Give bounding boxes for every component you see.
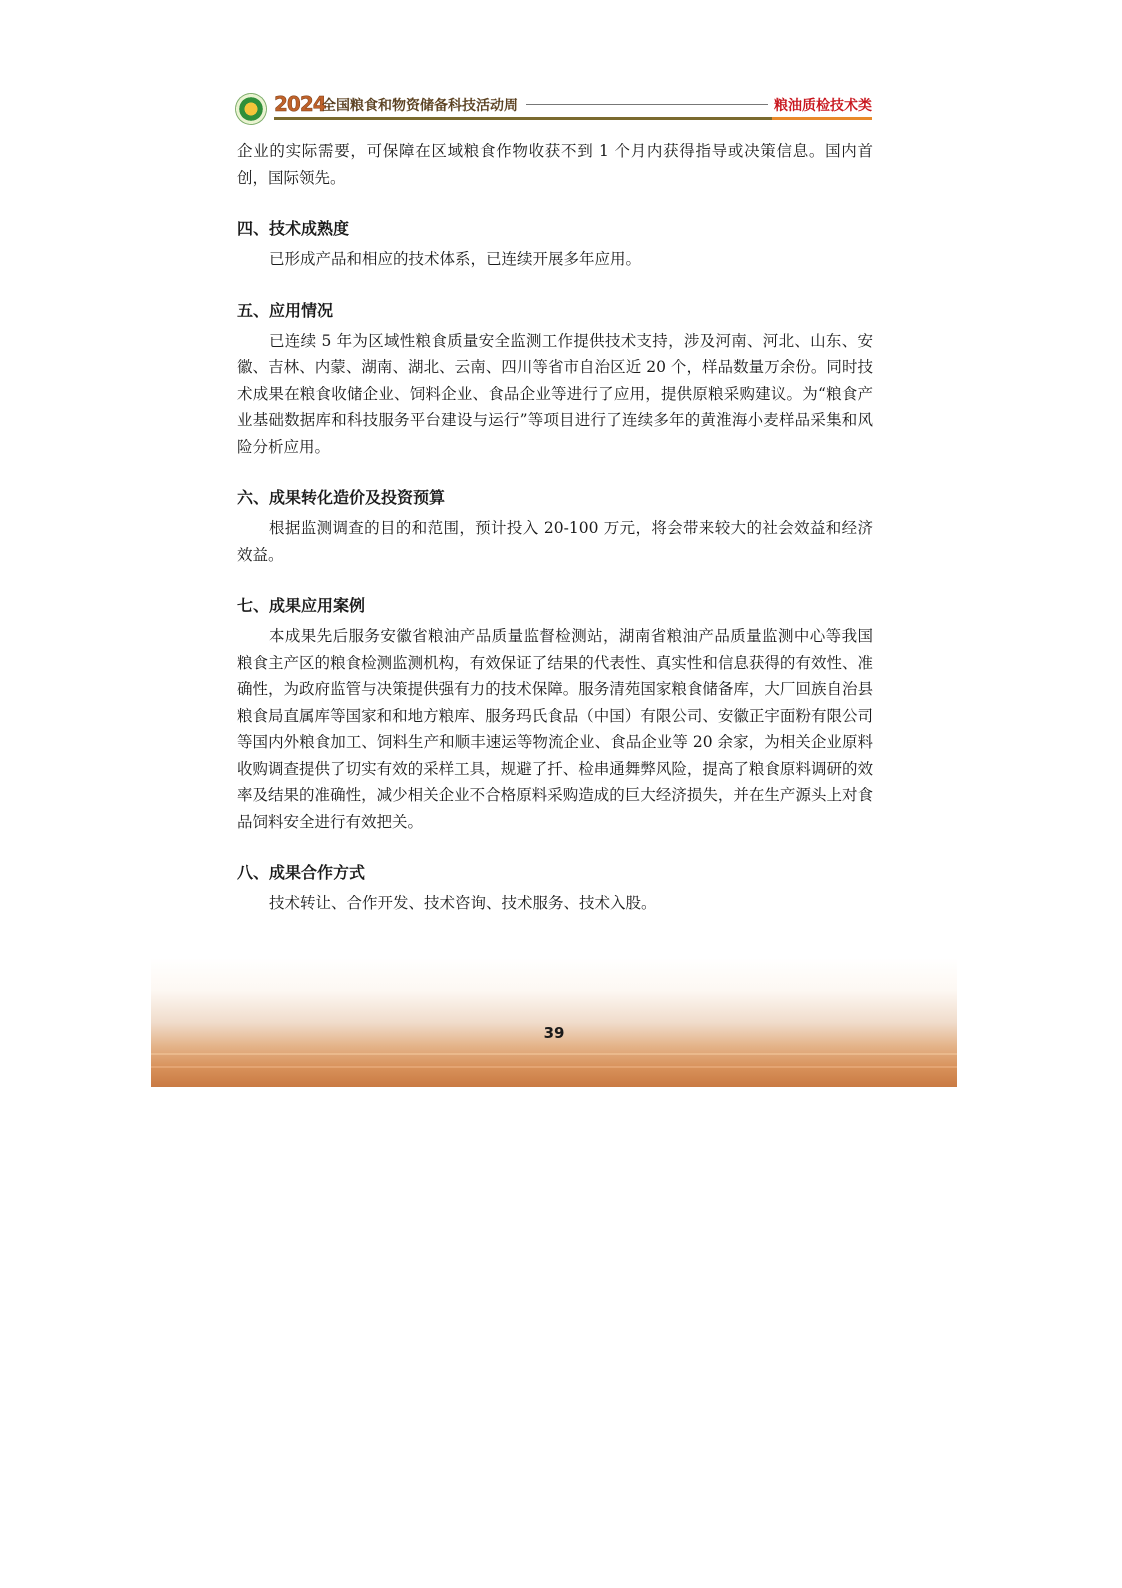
section-heading: 五、应用情况 [237, 298, 873, 324]
grain-emblem-icon [236, 94, 266, 124]
paragraph: 已连续 5 年为区域性粮食质量安全监测工作提供技术支持，涉及河南、河北、山东、安… [237, 328, 873, 461]
section-maturity: 四、技术成熟度 已形成产品和相应的技术体系，已连续开展多年应用。 [237, 216, 873, 273]
section-investment: 六、成果转化造价及投资预算 根据监测调查的目的和范围，预计投入 20-100 万… [237, 485, 873, 568]
paragraph: 已形成产品和相应的技术体系，已连续开展多年应用。 [237, 246, 873, 273]
page-footer-banner: 39 [151, 958, 957, 1087]
section-heading: 七、成果应用案例 [237, 593, 873, 619]
header-category: 粮油质检技术类 [774, 95, 872, 115]
page-header: 2024 全国粮食和物资储备科技活动周 粮油质检技术类 [236, 92, 872, 128]
paragraph: 技术转让、合作开发、技术咨询、技术服务、技术入股。 [237, 890, 873, 917]
paragraph: 根据监测调查的目的和范围，预计投入 20-100 万元，将会带来较大的社会效益和… [237, 515, 873, 568]
section-heading: 八、成果合作方式 [237, 860, 873, 886]
header-underline [274, 117, 772, 120]
header-underline-accent [772, 117, 872, 120]
header-event-title: 全国粮食和物资储备科技活动周 [322, 95, 518, 115]
section-cases: 七、成果应用案例 本成果先后服务安徽省粮油产品质量监督检测站，湖南省粮油产品质量… [237, 593, 873, 835]
section-cooperation: 八、成果合作方式 技术转让、合作开发、技术咨询、技术服务、技术入股。 [237, 860, 873, 917]
document-body: 企业的实际需要，可保障在区域粮食作物收获不到 1 个月内获得指导或决策信息。国内… [237, 138, 873, 917]
footer-decoration [151, 1053, 957, 1055]
section-heading: 四、技术成熟度 [237, 216, 873, 242]
header-year: 2024 [274, 92, 326, 116]
section-application: 五、应用情况 已连续 5 年为区域性粮食质量安全监测工作提供技术支持，涉及河南、… [237, 298, 873, 461]
header-divider [526, 104, 768, 105]
section-heading: 六、成果转化造价及投资预算 [237, 485, 873, 511]
section-continuation: 企业的实际需要，可保障在区域粮食作物收获不到 1 个月内获得指导或决策信息。国内… [237, 138, 873, 191]
footer-decoration [151, 1066, 957, 1068]
page-number: 39 [151, 1024, 957, 1042]
paragraph: 企业的实际需要，可保障在区域粮食作物收获不到 1 个月内获得指导或决策信息。国内… [237, 138, 873, 191]
paragraph: 本成果先后服务安徽省粮油产品质量监督检测站，湖南省粮油产品质量监测中心等我国粮食… [237, 623, 873, 835]
